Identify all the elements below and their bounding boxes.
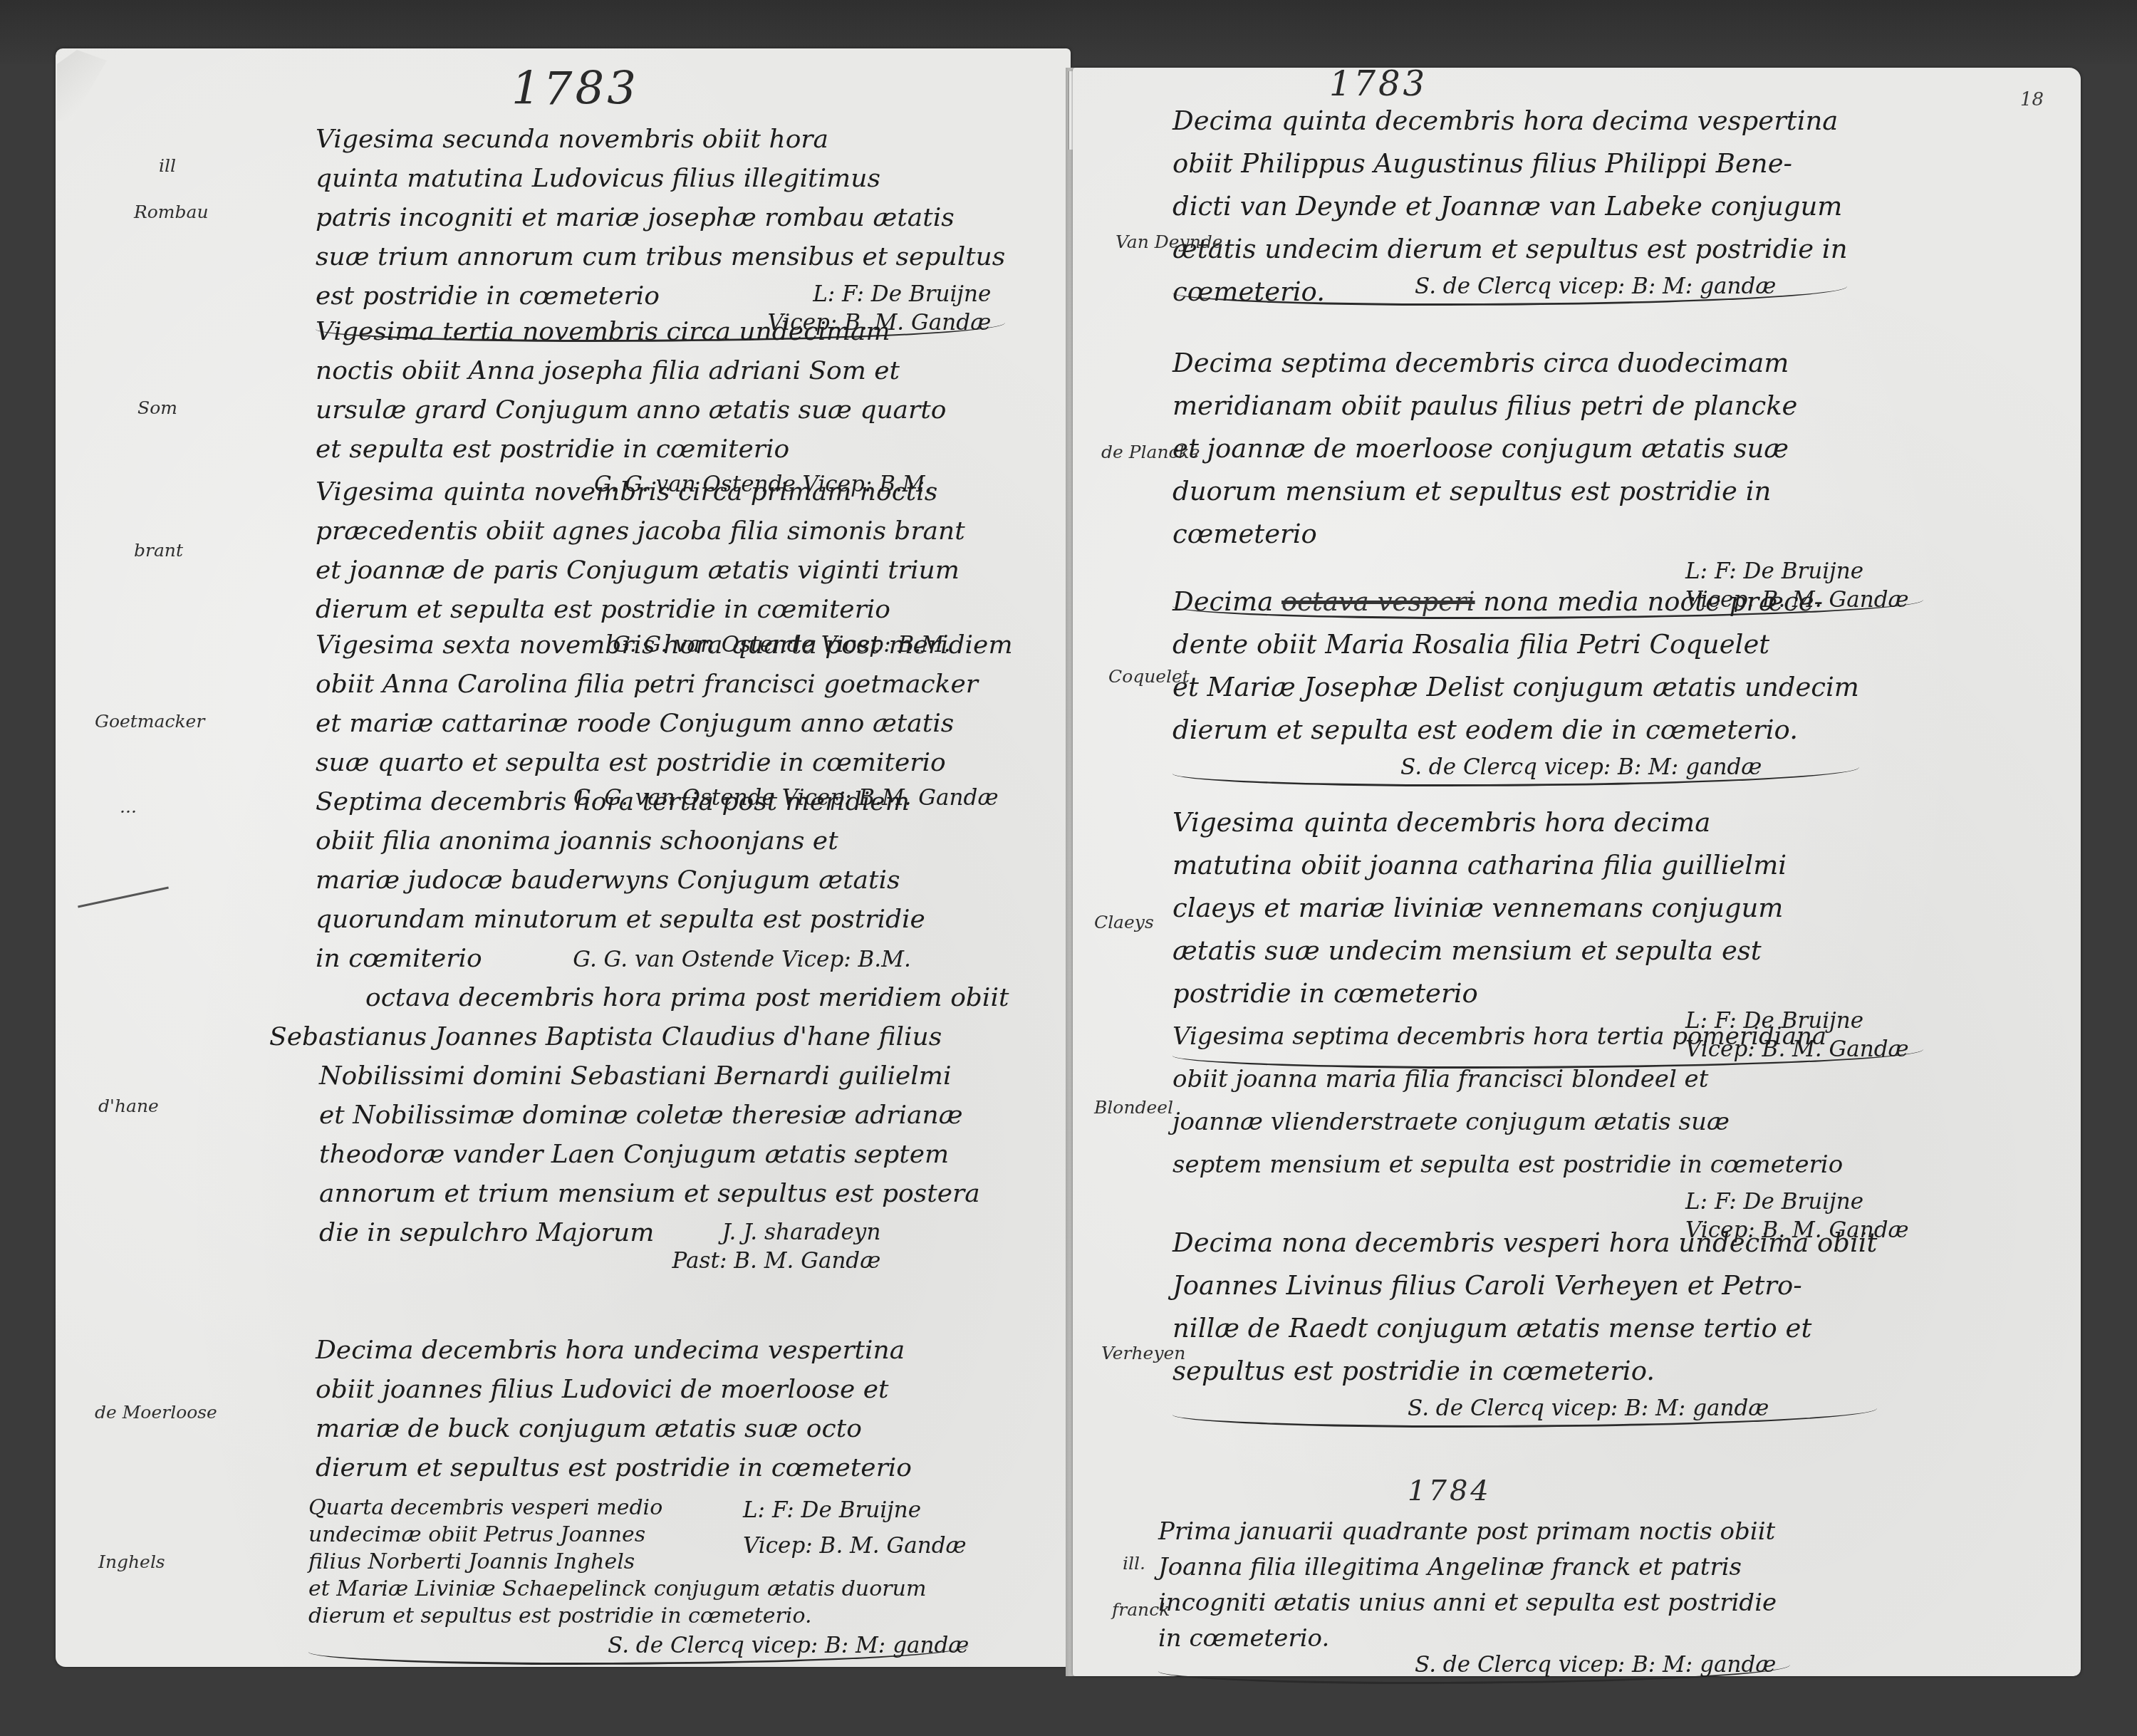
entry-line: et joannæ de moerloose conjugum ætatis s… [1173, 427, 1923, 470]
entry-line: et mariæ cattarinæ roode Conjugum anno æ… [316, 704, 1013, 743]
entry-line: Vigesima septima decembris hora tertia p… [1173, 1015, 1923, 1058]
year-heading: 1784 [1408, 1475, 1492, 1507]
entry-line: incogniti ætatis unius anni et sepulta e… [1158, 1585, 1790, 1621]
entry-line: et Mariæ Liviniæ Schaepelinck conjugum æ… [308, 1576, 969, 1603]
margin-note: Som [137, 397, 177, 418]
margin-note: ill. [1123, 1553, 1145, 1574]
register-entry: Decima nona decembris vesperi hora undec… [1173, 1222, 1877, 1428]
entry-line: dierum et sepulta est eodem die in cœmet… [1173, 709, 1859, 752]
page-year: 1783 [1329, 64, 1428, 104]
entry-line: obiit joannes filius Ludovici de moerloo… [316, 1370, 912, 1409]
entry-line: præcedentis obiit agnes jacoba filia sim… [316, 511, 965, 551]
entry-line: suæ quarto et sepulta est postridie in c… [316, 743, 1013, 782]
entry-line: dierum et sepultus est postridie in cœme… [308, 1603, 969, 1630]
entry-line: nillæ de Raedt conjugum ætatis mense ter… [1173, 1307, 1877, 1350]
entry-line: cœmeterio [1173, 513, 1923, 556]
right-page: 1783 18 Van Deynde Decima quinta decembr… [1073, 68, 2081, 1676]
entry-line: Quarta decembris vesperi medio [308, 1495, 969, 1522]
entry-line: Joanna filia illegitima Angelinæ franck … [1158, 1549, 1790, 1585]
priest-signature: L: F: De Bruijne [1173, 1189, 1923, 1215]
entry-word: Decima [1173, 586, 1273, 617]
entry-line: dierum et sepulta est postridie in cœmit… [316, 590, 965, 629]
margin-note: ... [120, 796, 137, 817]
register-entry: Vigesima secunda novembris obiit hora qu… [316, 120, 1005, 342]
entry-line: duorum mensium et sepultus est postridie… [1173, 470, 1923, 513]
entry-line: Septima decembris hora tertia post merid… [316, 782, 925, 821]
register-entry: Decima quinta decembris hora decima vesp… [1173, 100, 1847, 306]
entry-line: Decima septima decembris circa duodecima… [1173, 342, 1923, 385]
entry-line: dierum et sepultus est postridie in cœme… [316, 1448, 912, 1487]
entry-line: octava decembris hora prima post meridie… [269, 978, 1009, 1017]
page-year: 1783 [511, 63, 639, 115]
entry-line: Vigesima quinta novembris circa primam n… [316, 472, 965, 511]
entry-line: Joannes Livinus filius Caroli Verheyen e… [1173, 1264, 1877, 1307]
entry-word: nona media nocte præce- [1483, 586, 1823, 617]
entry-line: Prima januarii quadrante post primam noc… [1158, 1514, 1790, 1549]
entry-line: in cœmeterio. [1158, 1621, 1790, 1656]
entry-line: ætatis undecim dierum et sepultus est po… [1173, 228, 1847, 271]
entry-line: obiit joanna maria filia francisci blond… [1173, 1058, 1923, 1101]
register-entry: octava decembris hora prima post meridie… [269, 978, 1009, 1274]
entry-line: Decima nona decembris vesperi hora undec… [1173, 1222, 1877, 1264]
margin-note: Inghels [98, 1552, 165, 1572]
entry-line: Decima quinta decembris hora decima vesp… [1173, 100, 1847, 142]
entry-line: obiit Philippus Augustinus filius Philip… [1173, 142, 1847, 185]
entry-line: Decima decembris hora undecima vespertin… [316, 1331, 912, 1370]
margin-note: Claeys [1094, 912, 1154, 932]
priest-signature: S. de Clercq vicep: B: M: gandæ [308, 1633, 969, 1665]
margin-note: ill [159, 155, 176, 176]
entry-line: annorum et trium mensium et sepultus est… [269, 1174, 1009, 1213]
entry-line: matutina obiit joanna catharina filia gu… [1173, 844, 1923, 887]
entry-line: et Nobilissimæ dominæ coletæ theresiæ ad… [269, 1096, 1009, 1135]
margin-note: Rombau [134, 202, 209, 222]
priest-signature: S. de Clercq vicep: B: M: gandæ [1173, 1395, 1877, 1428]
entry-line: filius Norberti Joannis Inghels [308, 1549, 969, 1576]
entry-line: ætatis suæ undecim mensium et sepulta es… [1173, 930, 1923, 972]
entry-line: mariæ de buck conjugum ætatis suæ octo [316, 1409, 912, 1448]
margin-note: d'hane [98, 1096, 159, 1116]
entry-line: Vigesima sexta novembris hora quarta pos… [316, 625, 1013, 665]
entry-line: undecimæ obiit Petrus Joannes [308, 1522, 969, 1549]
entry-line: obiit Anna Carolina filia petri francisc… [316, 665, 1013, 704]
entry-line: et sepulta est postridie in cœmiterio [316, 430, 946, 469]
entry-line: Decima octava vesperi nona media nocte p… [1173, 581, 1859, 623]
priest-signature: S. de Clercq vicep: B: M: gandæ [1173, 754, 1859, 786]
entry-line: et Mariæ Josephæ Delist conjugum ætatis … [1173, 666, 1859, 709]
register-entry: Vigesima tertia novembris circa undecima… [316, 312, 946, 497]
margin-note: Goetmacker [95, 711, 204, 732]
entry-line: noctis obiit Anna josepha filia adriani … [316, 351, 946, 390]
struck-through-text: octava vesperi [1281, 586, 1475, 617]
margin-dash-mark [78, 887, 169, 908]
priest-signature: S. de Clercq vicep: B: M: gandæ [1158, 1652, 1790, 1684]
entry-line: sepultus est postridie in cœmeterio. [1173, 1350, 1877, 1393]
left-page: 1783 ill Rombau Vigesima secunda novembr… [56, 48, 1071, 1667]
register-entry: Quarta decembris vesperi medio undecimæ … [308, 1495, 969, 1665]
entry-line: Vigesima secunda novembris obiit hora [316, 120, 1005, 159]
entry-line: joannæ vlienderstraete conjugum ætatis s… [1173, 1101, 1923, 1143]
register-entry: Septima decembris hora tertia post merid… [316, 782, 925, 972]
entry-line: mariæ judocæ bauderwyns Conjugum ætatis [316, 861, 925, 900]
entry-line: quinta matutina Ludovicus filius illegit… [316, 159, 1005, 198]
margin-note: brant [134, 540, 183, 561]
entry-line: dicti van Deynde et Joannæ van Labeke co… [1173, 185, 1847, 228]
register-entry: Decima decembris hora undecima vespertin… [316, 1331, 912, 1487]
entry-line: Nobilissimi domini Sebastiani Bernardi g… [269, 1056, 1009, 1096]
entry-line: Vigesima quinta decembris hora decima [1173, 801, 1923, 844]
folio-number: 18 [2020, 89, 2044, 110]
entry-line: meridianam obiit paulus filius petri de … [1173, 385, 1923, 427]
entry-line: quorundam minutorum et sepulta est postr… [316, 900, 925, 939]
entry-line: theodoræ vander Laen Conjugum ætatis sep… [269, 1135, 1009, 1174]
register-entry: Decima septima decembris circa duodecima… [1173, 342, 1923, 619]
entry-line: dente obiit Maria Rosalia filia Petri Co… [1173, 623, 1859, 666]
entry-line: et joannæ de paris Conjugum ætatis vigin… [316, 551, 965, 590]
register-entry: Vigesima septima decembris hora tertia p… [1173, 1015, 1923, 1243]
margin-note: de Moerloose [95, 1402, 217, 1423]
register-entry: Decima octava vesperi nona media nocte p… [1173, 581, 1859, 786]
entry-line: ursulæ grard Conjugum anno ætatis suæ qu… [316, 390, 946, 430]
entry-line: Vigesima tertia novembris circa undecima… [316, 312, 946, 351]
entry-line: patris incogniti et mariæ josephæ rombau… [316, 198, 1005, 237]
entry-line: suæ trium annorum cum tribus mensibus et… [316, 237, 1005, 276]
entry-line: claeys et mariæ liviniæ vennemans conjug… [1173, 887, 1923, 930]
entry-line: Sebastianus Joannes Baptista Claudius d'… [269, 1017, 1009, 1056]
margin-note: Blondeel [1094, 1097, 1173, 1118]
register-entry: Prima januarii quadrante post primam noc… [1158, 1514, 1790, 1684]
entry-line: septem mensium et sepulta est postridie … [1173, 1143, 1923, 1186]
entry-line: obiit filia anonima joannis schoonjans e… [316, 821, 925, 861]
